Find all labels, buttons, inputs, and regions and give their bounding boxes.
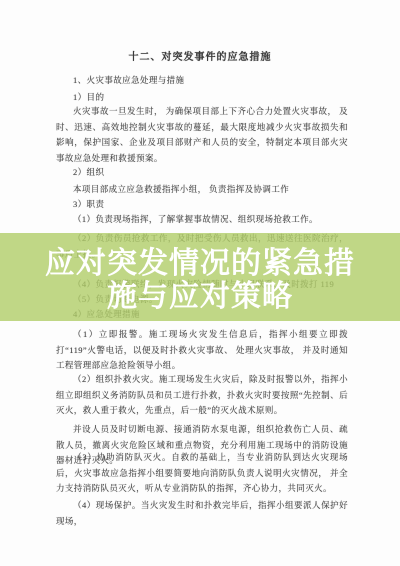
- doc-measure-item-3: （3）协助消防队灭火。自救的基础上，当专业消防队到达火灾现场后，火灾事故应急指挥…: [56, 450, 348, 497]
- highlight-banner: 应对突发情况的紧急措 施与应对策略: [0, 233, 400, 321]
- doc-heading-1: 1、火灾事故应急处理与措施: [56, 73, 348, 89]
- doc-paragraph-organization: 本项目部成立应急救援指挥小组， 负责指挥及协调工作: [56, 182, 348, 198]
- document-title: 十二、对突发事件的应急措施: [0, 50, 400, 66]
- doc-paragraph-purpose: 火灾事故一旦发生时， 为确保项目部上下齐心合力处置火灾事故， 及时、迅速、高效地…: [56, 104, 348, 166]
- doc-measure-item-1: （1）立即报警。施工现场火灾发生信息后，指挥小组要立即拨打“119”火警电话，以…: [56, 327, 348, 374]
- doc-measure-item-2: （2）组织扑救火灾。施工现场发生火灾后，除及时报警以外，指挥小组立即组织义务消防…: [56, 372, 348, 419]
- doc-heading-duties: 3）职责: [56, 197, 348, 213]
- doc-duty-item-1: （1）负责现场指挥，了解掌握事故情况、组织现场抢救工作。: [56, 212, 348, 228]
- overlay-title-line-2: 施与应对策略: [107, 280, 293, 313]
- overlay-title-line-1: 应对突发情况的紧急措: [45, 247, 355, 280]
- doc-measure-item-4: （4）现场保护。当火灾发生时和扑救完毕后，指挥小组要派人保护好现场，: [56, 498, 348, 529]
- doc-heading-organization: 2）组织: [56, 165, 348, 181]
- document-page: 十二、对突发事件的应急措施 1、火灾事故应急处理与措施 1）目的 火灾事故一旦发…: [0, 0, 400, 566]
